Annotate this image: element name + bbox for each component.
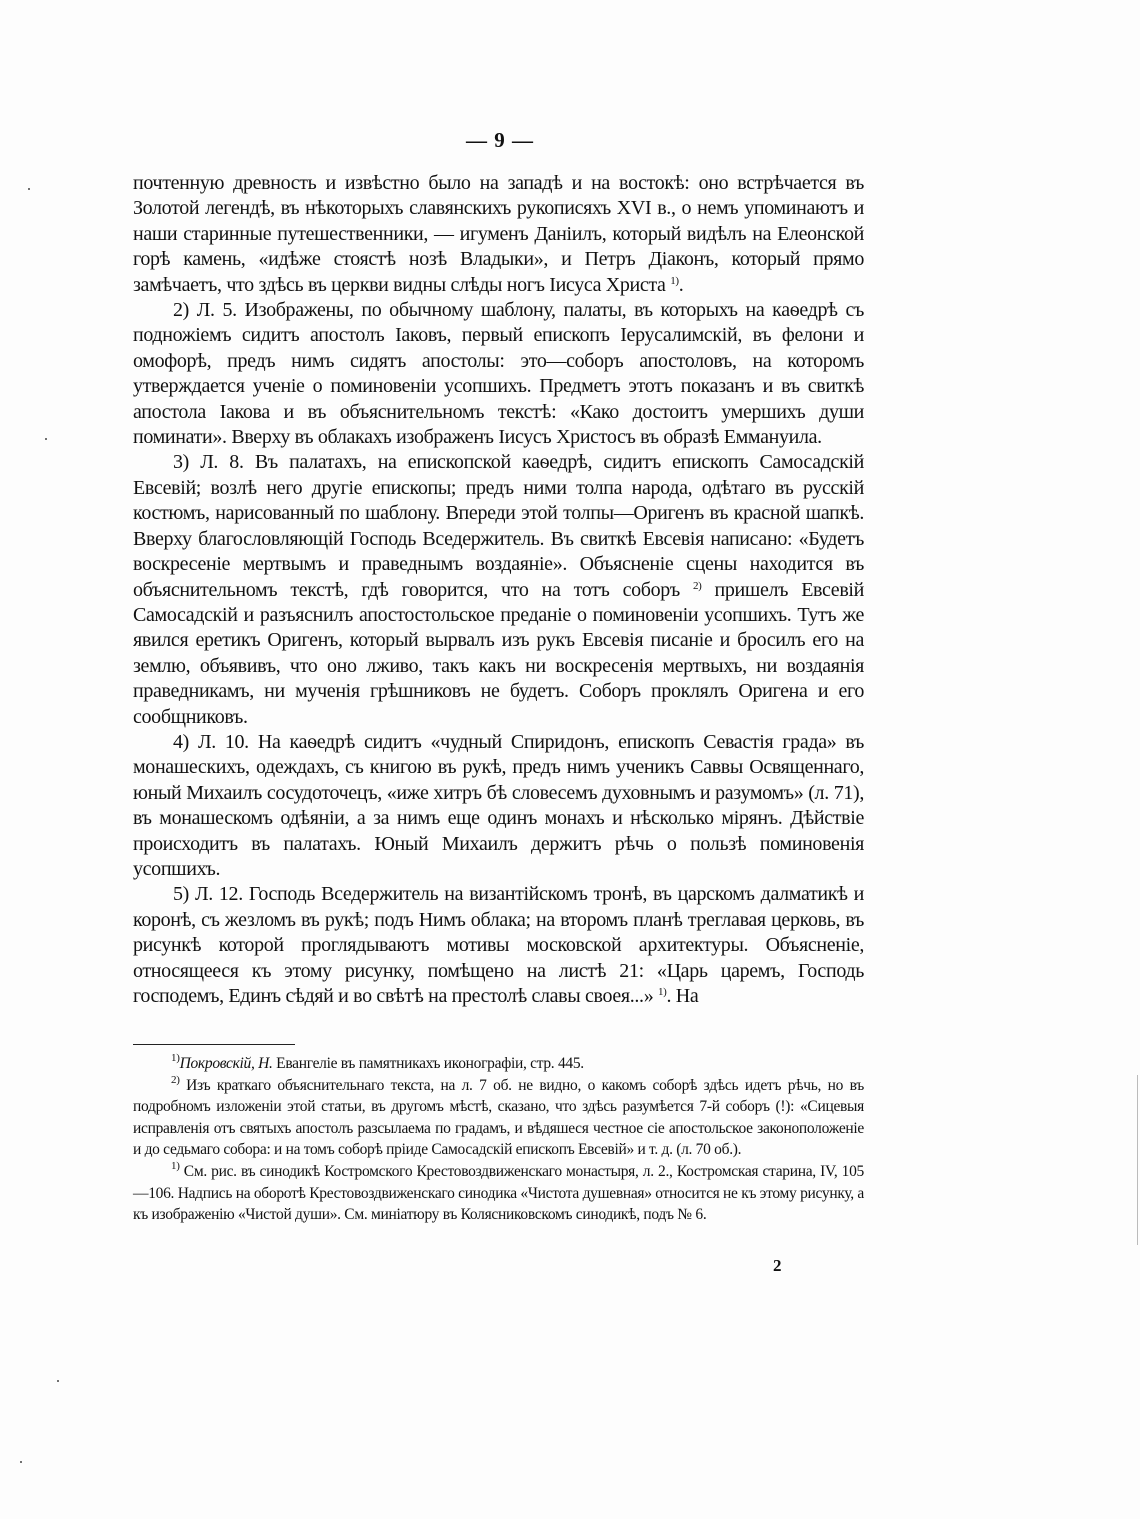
footnotes: 1)Покровскій, Н. Евангеліе въ памятниках… bbox=[133, 1053, 864, 1226]
scan-speck bbox=[20, 1461, 22, 1463]
paragraph-text: . На bbox=[666, 985, 698, 1007]
paragraph-text: почтенную древность и извѣстно было на з… bbox=[133, 172, 864, 296]
scan-speck bbox=[45, 438, 47, 440]
footnote-reference: 1) bbox=[670, 275, 678, 287]
paragraph-continuation: почтенную древность и извѣстно было на з… bbox=[133, 171, 864, 298]
paragraph-text: 5) Л. 12. Господь Вседержитель на визант… bbox=[133, 883, 864, 1007]
footnote-2: 2) Изъ краткаго объяснительнаго текста, … bbox=[133, 1075, 864, 1161]
paragraph-item-2: 2) Л. 5. Изображены, по обычному шаблону… bbox=[133, 298, 864, 450]
paragraph-text: 4) Л. 10. На каѳедрѣ сидитъ «чудный Спир… bbox=[133, 731, 864, 880]
paragraph-item-5: 5) Л. 12. Господь Вседержитель на визант… bbox=[133, 882, 864, 1009]
footnote-author: Покровскій, Н. bbox=[180, 1055, 273, 1072]
footnote-marker: 2) bbox=[171, 1074, 180, 1086]
signature-mark: 2 bbox=[773, 1256, 782, 1276]
footnote-1: 1)Покровскій, Н. Евангеліе въ памятниках… bbox=[133, 1053, 864, 1075]
scan-speck bbox=[28, 188, 30, 190]
paragraph-text: 2) Л. 5. Изображены, по обычному шаблону… bbox=[133, 299, 864, 448]
body-text: почтенную древность и извѣстно было на з… bbox=[133, 171, 864, 1009]
paragraph-text: . bbox=[679, 274, 684, 296]
page-number-header: — 9 — bbox=[0, 128, 1000, 153]
footnote-text: См. рис. въ синодикѣ Костромского Кресто… bbox=[133, 1163, 864, 1223]
scan-speck bbox=[57, 1380, 59, 1382]
footnote-text: Изъ краткаго объяснительнаго текста, на … bbox=[133, 1077, 864, 1159]
footnote-marker: 1) bbox=[171, 1160, 180, 1172]
footnote-marker: 1) bbox=[171, 1052, 180, 1064]
scan-edge-line bbox=[1137, 1075, 1138, 1245]
footnote-text: Евангеліе въ памятникахъ иконографіи, ст… bbox=[273, 1055, 584, 1072]
footnote-3: 1) См. рис. въ синодикѣ Костромского Кре… bbox=[133, 1161, 864, 1226]
paragraph-item-3: 3) Л. 8. Въ палатахъ, на епископской каѳ… bbox=[133, 450, 864, 729]
footnote-separator bbox=[133, 1044, 295, 1045]
paragraph-item-4: 4) Л. 10. На каѳедрѣ сидитъ «чудный Спир… bbox=[133, 730, 864, 882]
